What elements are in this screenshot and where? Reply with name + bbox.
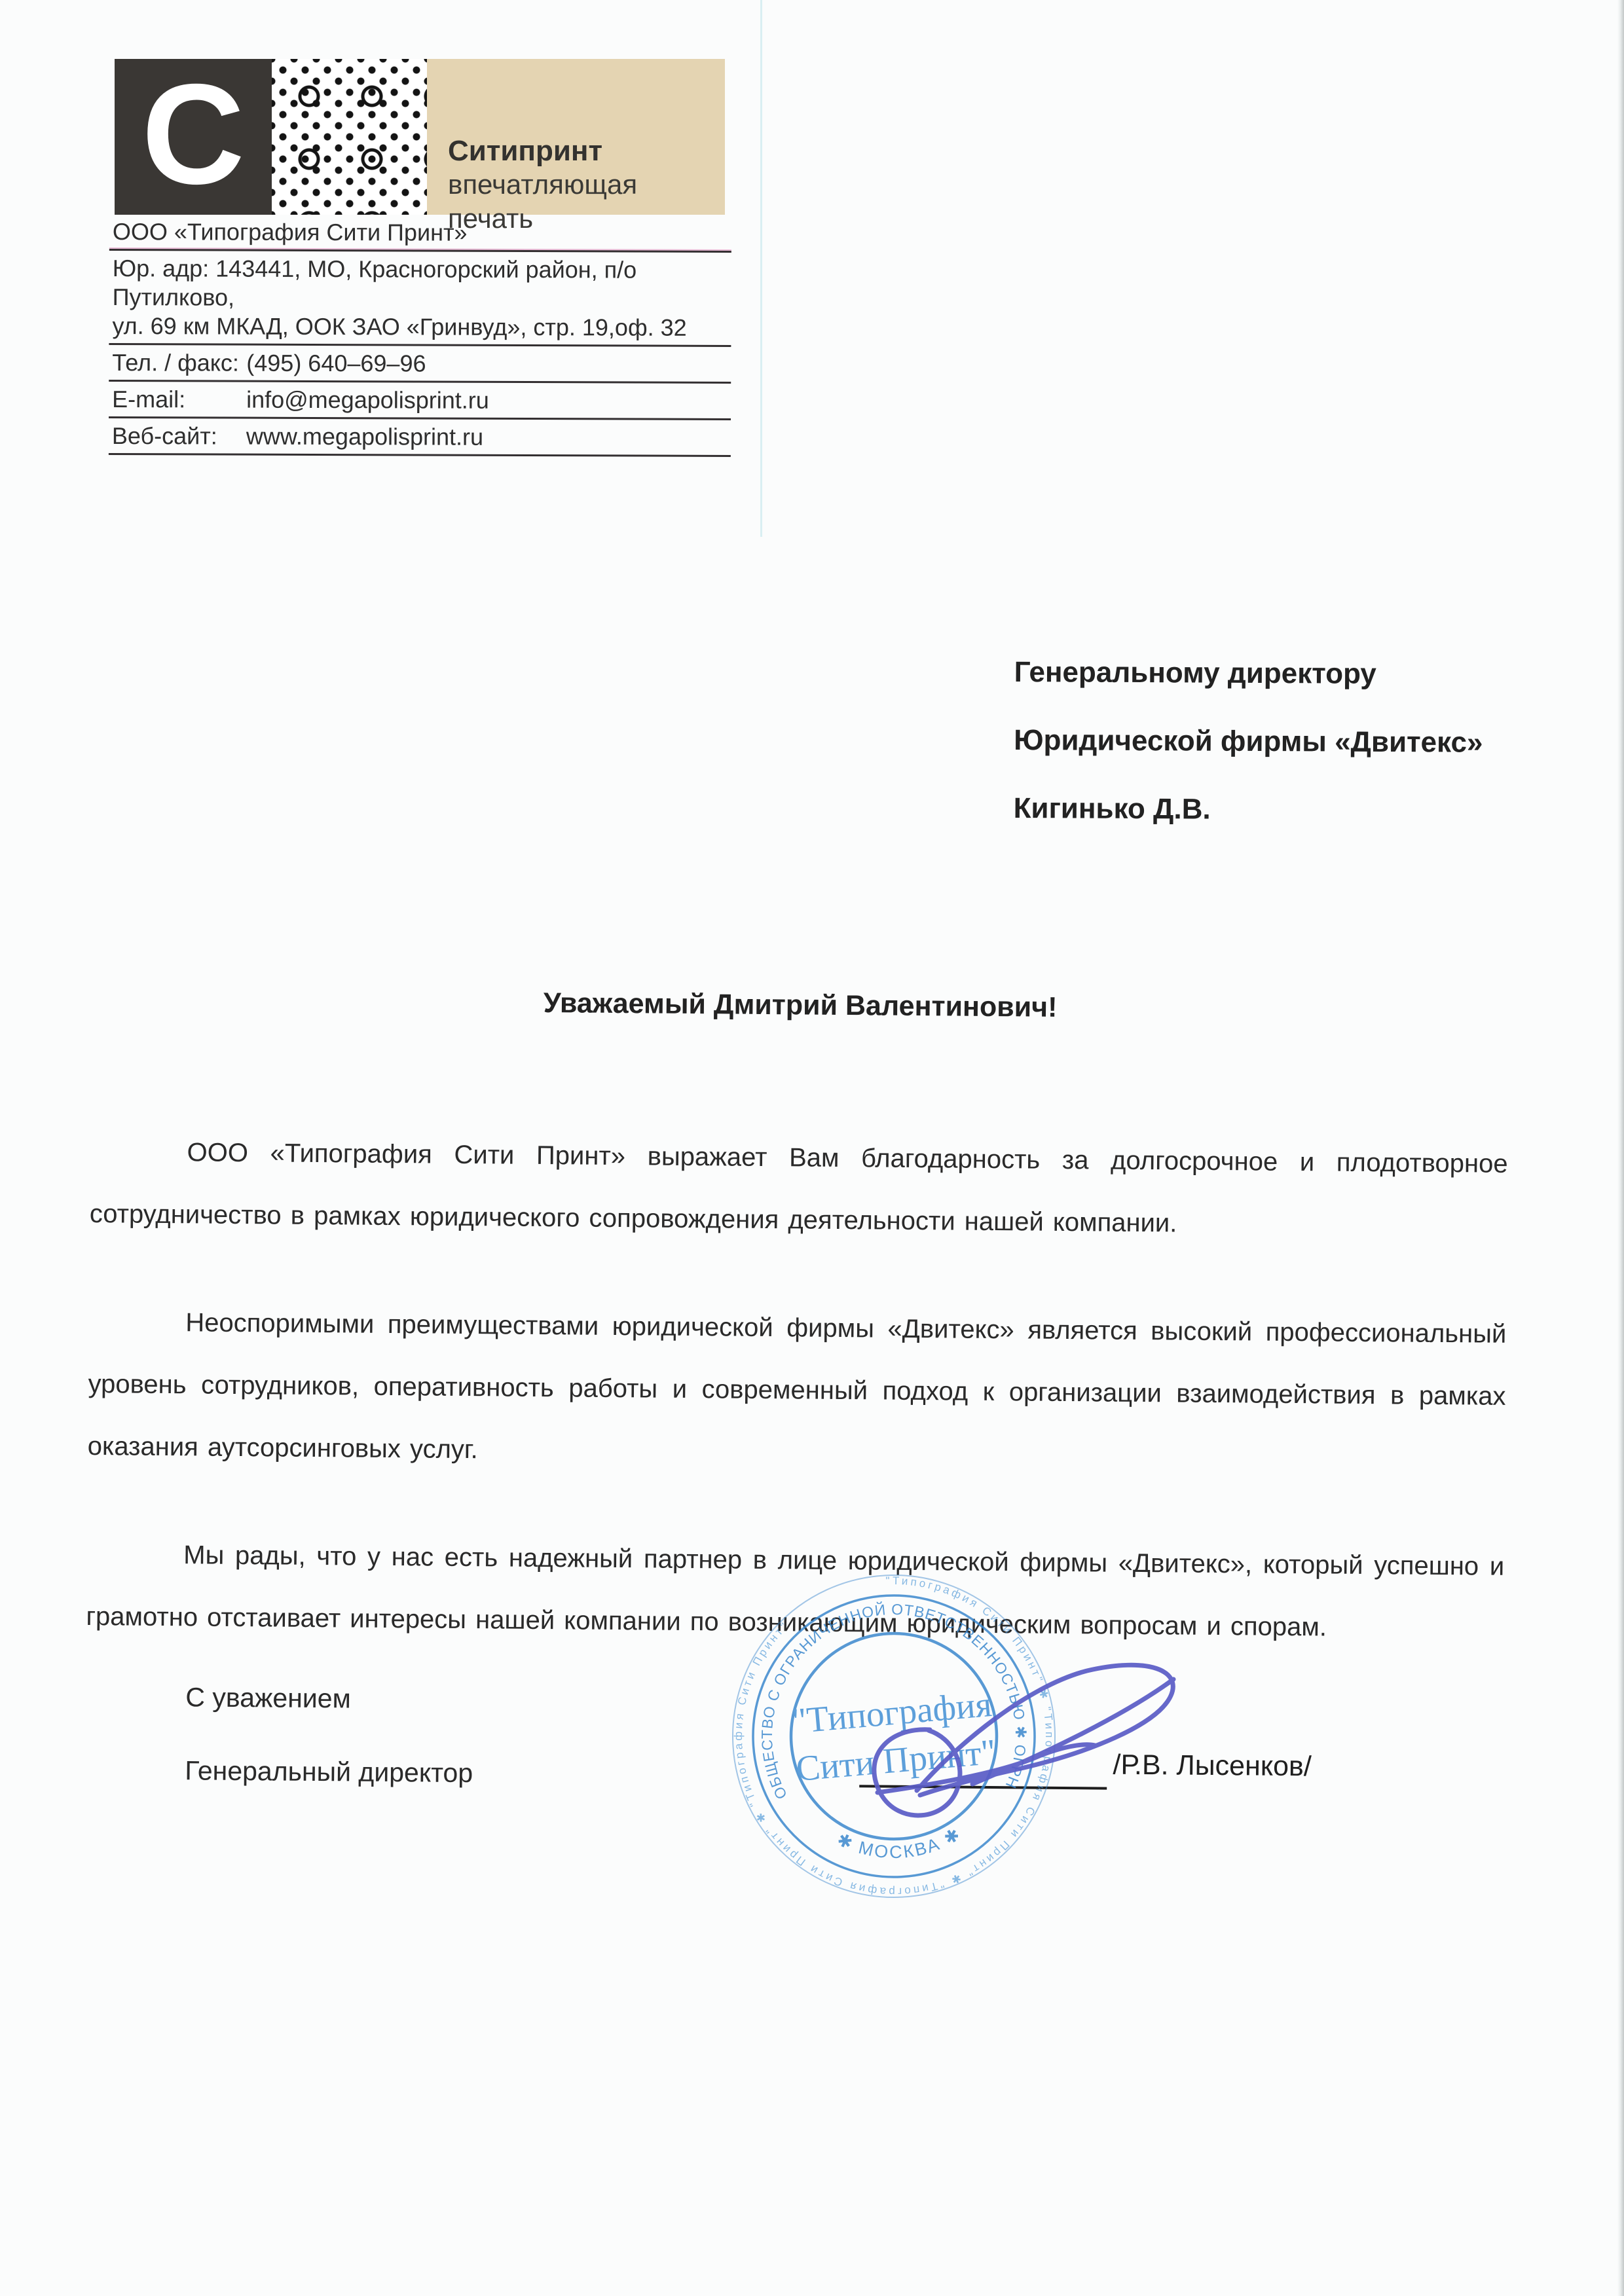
logo-letter-icon: C	[115, 59, 272, 215]
letterhead-contact-block: ООО «Типография Сити Принт» Юр. адр: 143…	[109, 217, 731, 460]
recipient-title: Генеральному директору	[1014, 638, 1483, 709]
scan-right-edge-shadow	[1617, 0, 1624, 2296]
paragraph-2: Неоспоримыми преимуществами юридической …	[87, 1291, 1506, 1490]
website-row: Веб-сайт:www.megapolisprint.ru	[109, 422, 731, 452]
rule-divider	[109, 249, 731, 253]
stamp-city-text: ✱ МОСКВА ✱	[833, 1823, 966, 1865]
paragraphs: ООО «Типография Сити Принт» выражает Вам…	[85, 1121, 1508, 1706]
scanner-streak-artifact	[760, 0, 762, 537]
signature-name: /Р.В. Лысенков/	[1113, 1749, 1312, 1783]
salutation: Уважаемый Дмитрий Валентинович!	[91, 983, 1509, 1028]
rule-divider	[109, 453, 731, 457]
company-logo: C Ситипринт впечатляющая печать	[115, 59, 725, 215]
logo-ornament-pattern-icon	[272, 59, 427, 215]
rule-divider	[109, 380, 731, 384]
recipient-company: Юридической фирмы «Двитекс»	[1014, 706, 1483, 777]
phone-value: (495) 640–69–96	[246, 350, 426, 377]
website-value: www.megapolisprint.ru	[246, 423, 483, 450]
brand-name: Ситипринт	[448, 135, 725, 168]
website-label: Веб-сайт:	[112, 422, 246, 451]
phone-label: Тел. / факс:	[112, 348, 246, 378]
legal-address-line1: Юр. адр: 143441, МО, Красногорский район…	[109, 254, 731, 314]
rule-divider	[109, 416, 731, 420]
closing-position: Генеральный директор	[185, 1755, 473, 1789]
email-row: E-mail:info@megapolisprint.ru	[109, 385, 731, 416]
paragraph-1: ООО «Типография Сити Принт» выражает Вам…	[89, 1121, 1508, 1258]
phone-row: Тел. / факс:(495) 640–69–96	[109, 348, 731, 379]
company-name-line: ООО «Типография Сити Принт»	[109, 217, 731, 248]
recipient-block: Генеральному директору Юридической фирмы…	[1013, 638, 1483, 845]
recipient-name: Кигинько Д.В.	[1013, 774, 1483, 845]
scanned-letter-page: C Ситипринт впечатляющая печать ООО «Тип…	[0, 0, 1624, 2296]
rule-divider	[109, 343, 731, 347]
email-value: info@megapolisprint.ru	[246, 386, 489, 414]
email-label: E-mail:	[112, 385, 246, 414]
closing-regards: С уважением	[185, 1682, 351, 1714]
letter-body: Уважаемый Дмитрий Валентинович! ООО «Тип…	[92, 975, 1509, 988]
logo-brand-block: Ситипринт впечатляющая печать	[427, 59, 725, 215]
paragraph-3: Мы рады, что у нас есть надежный партнер…	[86, 1523, 1505, 1660]
stamp-center-line2: Сити Принт"	[794, 1732, 997, 1789]
logo-letter: C	[141, 64, 244, 206]
legal-address-line2: ул. 69 км МКАД, ООК ЗАО «Гринвуд», стр. …	[109, 312, 731, 342]
signature-line	[859, 1785, 1107, 1789]
